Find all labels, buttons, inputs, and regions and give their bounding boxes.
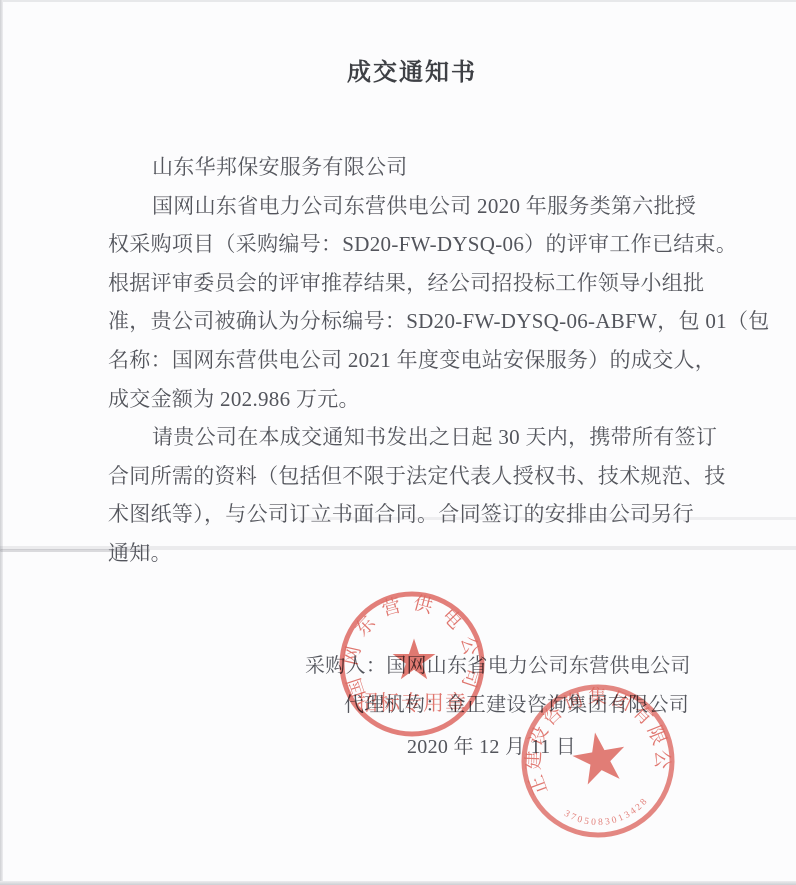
body-line: 根据评审委员会的评审推荐结果，经公司招投标工作领导小组批 xyxy=(108,264,708,303)
seal-center-text: 招标专用章 xyxy=(357,691,467,715)
scan-edge-top xyxy=(0,0,796,2)
scanned-document-page: 成交通知书 山东华邦保安服务有限公司 国网山东省电力公司东营供电公司 2020 … xyxy=(0,0,796,885)
buyer-official-seal: 国网东营供电公司 招标专用章 xyxy=(337,589,487,739)
body-line-recipient: 山东华邦保安服务有限公司 xyxy=(108,148,708,187)
star-icon xyxy=(393,639,436,680)
scan-edge-bottom xyxy=(0,881,796,885)
body-line: 准，贵公司被确认为分标编号：SD20-FW-DYSQ-06-ABFW，包 01（… xyxy=(108,302,708,341)
body-line: 名称：国网东营供电公司 2021 年度变电站安保服务）的成交人， xyxy=(108,341,708,380)
body-line: 合同所需的资料（包括但不限于法定代表人授权书、技术规范、技 xyxy=(108,457,708,496)
document-title: 成交通知书 xyxy=(0,52,796,87)
body-line: 国网山东省电力公司东营供电公司 2020 年服务类第六批授 xyxy=(108,187,708,226)
body-line: 术图纸等），与公司订立书面合同。合同签订的安排由公司另行 xyxy=(108,495,708,534)
document-body: 山东华邦保安服务有限公司 国网山东省电力公司东营供电公司 2020 年服务类第六… xyxy=(108,148,708,573)
scan-edge-left xyxy=(0,0,3,885)
body-line-amount: 成交金额为 202.986 万元。 xyxy=(108,380,708,419)
agency-official-seal: 金正建设咨询集团有限公司 3705083013428 xyxy=(518,681,678,841)
body-line: 请贵公司在本成交通知书发出之日起 30 天内，携带所有签订 xyxy=(108,418,708,457)
star-icon xyxy=(569,728,629,786)
body-line: 通知。 xyxy=(108,534,708,573)
body-line: 权采购项目（采购编号：SD20-FW-DYSQ-06）的评审工作已结束。 xyxy=(108,225,708,264)
